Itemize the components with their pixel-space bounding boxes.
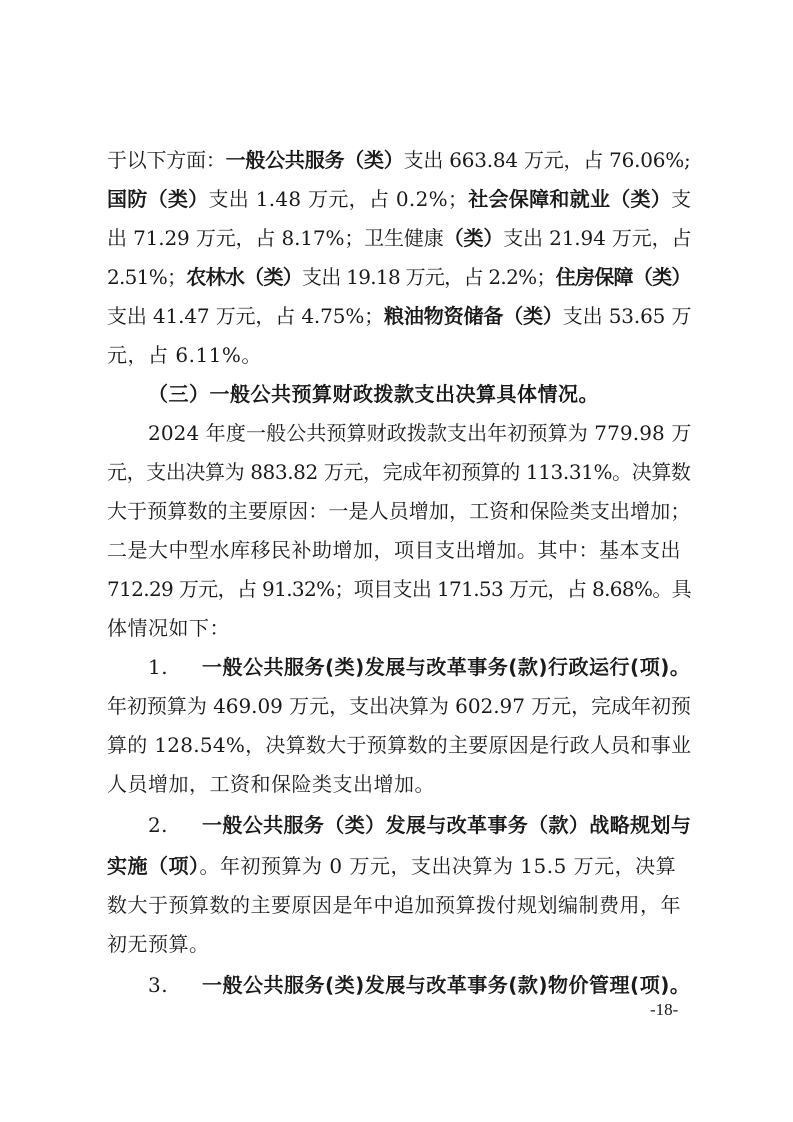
bold-text: （类） xyxy=(444,226,504,250)
bold-text: 粮油物资储备（类） xyxy=(384,304,563,328)
text-line: 712.29 万元，占 91.32%；项目支出 171.53 万元，占 8.68… xyxy=(107,570,691,609)
text-span: 初无预算。 xyxy=(107,932,210,956)
bold-text: 一般公共服务（类） xyxy=(226,148,404,172)
page-number: -18- xyxy=(650,1000,678,1020)
list-number: 1. xyxy=(148,648,202,687)
text-line: 国防（类）支出 1.48 万元，占 0.2%；社会保障和就业（类）支 xyxy=(107,180,691,219)
text-line: 2024 年度一般公共预算财政拨款支出年初预算为 779.98 万 xyxy=(148,414,691,453)
text-line: 算的 128.54%，决算数大于预算数的主要原因是行政人员和事业 xyxy=(107,726,691,765)
bold-text: 实施（项） xyxy=(107,854,200,878)
text-line: 二是大中型水库移民补助增加，项目支出增加。其中：基本支出 xyxy=(107,531,691,570)
text-span: 2.51%； xyxy=(107,265,186,289)
bold-text: 一般公共服务(类)发展与改革事务(款)行政运行(项)。 xyxy=(202,655,690,679)
text-line: 3.一般公共服务(类)发展与改革事务(款)物价管理(项)。 xyxy=(148,966,691,1005)
text-span: 二是大中型水库移民补助增加，项目支出增加。其中：基本支出 xyxy=(107,538,681,562)
text-span: 支出 41.47 万元，占 4.75%； xyxy=(107,304,384,328)
text-line: 大于预算数的主要原因：一是人员增加，工资和保险类支出增加； xyxy=(107,492,691,531)
text-span: 支出 19.18 万元，占 2.2%； xyxy=(302,265,556,289)
text-span: 算的 128.54%，决算数大于预算数的主要原因是行政人员和事业 xyxy=(107,733,691,757)
bold-text: （三）一般公共预算财政拨款支出决算具体情况。 xyxy=(148,382,599,406)
text-line: 2.一般公共服务（类）发展与改革事务（款）战略规划与 xyxy=(148,806,691,845)
text-line: 实施（项）。年初预算为 0 万元，支出决算为 15.5 万元，决算 xyxy=(107,847,691,886)
text-line: 初无预算。 xyxy=(107,925,691,964)
text-line: 2.51%；农林水（类）支出 19.18 万元，占 2.2%；住房保障（类） xyxy=(107,258,691,297)
bold-text: 农林水（类） xyxy=(186,265,302,289)
text-span: 支出 663.84 万元，占 76.06%; xyxy=(404,148,691,172)
text-span: 于以下方面： xyxy=(107,148,226,172)
text-line: 于以下方面：一般公共服务（类）支出 663.84 万元，占 76.06%; xyxy=(107,141,691,180)
text-span: 支 xyxy=(671,187,691,211)
text-line: 数大于预算数的主要原因是年中追加预算拨付规划编制费用，年 xyxy=(107,886,691,925)
document-page: 于以下方面：一般公共服务（类）支出 663.84 万元，占 76.06%;国防（… xyxy=(0,0,793,1122)
text-line: 体情况如下： xyxy=(107,609,691,648)
text-line: 1.一般公共服务(类)发展与改革事务(款)行政运行(项)。 xyxy=(148,648,691,687)
text-span: 支出 1.48 万元，占 0.2%； xyxy=(208,187,468,211)
bold-text: 社会保障和就业（类） xyxy=(468,187,671,211)
text-span: 。年初预算为 0 万元，支出决算为 15.5 万元，决算 xyxy=(200,854,677,878)
text-span: 元，支出决算为 883.82 万元，完成年初预算的 113.31%。决算数 xyxy=(107,460,691,484)
bold-text: 国防（类） xyxy=(107,187,208,211)
text-span: 元，占 6.11%。 xyxy=(107,343,262,367)
text-span: 712.29 万元，占 91.32%；项目支出 171.53 万元，占 8.68… xyxy=(107,577,691,601)
list-number: 2. xyxy=(148,806,202,845)
text-line: 人员增加，工资和保险类支出增加。 xyxy=(107,765,691,804)
text-line: 元，支出决算为 883.82 万元，完成年初预算的 113.31%。决算数 xyxy=(107,453,691,492)
text-line: 元，占 6.11%。 xyxy=(107,336,691,375)
text-span: 支出 53.65 万 xyxy=(563,304,692,328)
bold-text: 一般公共服务(类)发展与改革事务(款)物价管理(项)。 xyxy=(202,973,690,997)
text-span: 出 71.29 万元，占 8.17%；卫生健康 xyxy=(107,226,444,250)
text-line: （三）一般公共预算财政拨款支出决算具体情况。 xyxy=(148,375,691,414)
list-number: 3. xyxy=(148,966,202,1005)
bold-text: 住房保障（类） xyxy=(556,265,691,289)
text-span: 人员增加，工资和保险类支出增加。 xyxy=(107,772,435,796)
bold-text: 一般公共服务（类）发展与改革事务（款）战略规划与 xyxy=(202,813,691,837)
text-line: 出 71.29 万元，占 8.17%；卫生健康（类）支出 21.94 万元，占 xyxy=(107,219,691,258)
text-line: 年初预算为 469.09 万元，支出决算为 602.97 万元，完成年初预 xyxy=(107,687,691,726)
text-span: 支出 21.94 万元，占 xyxy=(503,226,691,250)
text-span: 数大于预算数的主要原因是年中追加预算拨付规划编制费用，年 xyxy=(107,893,681,917)
text-span: 年初预算为 469.09 万元，支出决算为 602.97 万元，完成年初预 xyxy=(107,694,691,718)
text-span: 大于预算数的主要原因：一是人员增加，工资和保险类支出增加； xyxy=(107,499,691,523)
text-line: 支出 41.47 万元，占 4.75%；粮油物资储备（类）支出 53.65 万 xyxy=(107,297,691,336)
text-span: 体情况如下： xyxy=(107,616,230,640)
text-span: 2024 年度一般公共预算财政拨款支出年初预算为 779.98 万 xyxy=(148,421,691,445)
